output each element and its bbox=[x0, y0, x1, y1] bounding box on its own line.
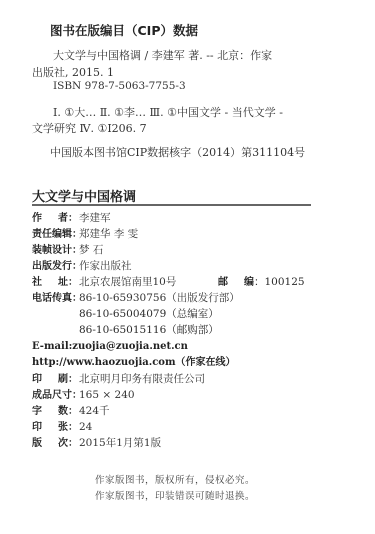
printer-row: 印刷：北京明月印务有限责任公司 bbox=[32, 371, 205, 387]
postcode-row: 邮编：100125 bbox=[218, 274, 305, 291]
book-title: 大文学与中国格调 bbox=[32, 186, 136, 205]
notice-replacement: 作家版图书，印装错误可随时退换。 bbox=[95, 488, 255, 502]
notice-copyright: 作家版图书，版权所有，侵权必究。 bbox=[95, 472, 255, 486]
editor-value: 郑建华 李 雯 bbox=[79, 228, 138, 240]
cip-description-line2: 出版社, 2015. 1 bbox=[32, 64, 114, 80]
email-row: E-mail:zuojia@zuojia.net.cn bbox=[32, 339, 188, 355]
size-row: 成品尺寸：165 × 240 bbox=[32, 387, 135, 403]
designer-row: 装帧设计：梦 石 bbox=[32, 242, 103, 258]
address-row: 社址：北京农展馆南里10号 bbox=[32, 274, 176, 290]
cip-classification-line2: 文学研究 Ⅳ. ①I206. 7 bbox=[32, 120, 147, 136]
size-value: 165 × 240 bbox=[79, 389, 135, 401]
edition-value: 2015年1月第1版 bbox=[79, 437, 161, 449]
designer-value: 梦 石 bbox=[79, 244, 103, 256]
cip-isbn: ISBN 978-7-5063-7755-3 bbox=[53, 80, 186, 92]
publisher-row: 出版发行：作家出版社 bbox=[32, 258, 132, 274]
phone-line-3: 86-10-65015116（邮购部） bbox=[79, 322, 219, 338]
author-value: 李建军 bbox=[79, 212, 111, 224]
printer-value: 北京明月印务有限责任公司 bbox=[79, 373, 205, 385]
phone-line-2: 86-10-65004079（总编室） bbox=[79, 306, 219, 322]
words-value: 424千 bbox=[79, 405, 110, 417]
postcode-value: 100125 bbox=[265, 276, 305, 288]
cip-heading: 图书在版编目（CIP）数据 bbox=[50, 21, 198, 39]
cip-approval-number: 中国版本图书馆CIP数据核字（2014）第311104号 bbox=[50, 144, 305, 160]
sheets-row: 印张：24 bbox=[32, 419, 92, 435]
edition-row-shown: 版次：2015年1月第1版 bbox=[32, 435, 161, 451]
editor-row: 责任编辑：郑建华 李 雯 bbox=[32, 226, 138, 242]
website-row: http://www.haozuojia.com（作家在线） bbox=[32, 355, 236, 371]
publisher-value: 作家出版社 bbox=[79, 260, 132, 272]
cip-description-line1: 大文学与中国格调 / 李建军 著. -- 北京：作家 bbox=[53, 47, 272, 63]
top-divider bbox=[32, 204, 311, 206]
words-row: 字数：424千 bbox=[32, 403, 110, 419]
phone-row: 电话传真：86-10-65930756（出版发行部） bbox=[32, 290, 240, 306]
cip-classification-line1: Ⅰ. ①大… Ⅱ. ①李… Ⅲ. ①中国文学 - 当代文学 - bbox=[53, 104, 283, 120]
sheets-value: 24 bbox=[79, 421, 92, 433]
author-row: 作者：李建军 bbox=[32, 210, 111, 226]
address-value: 北京农展馆南里10号 bbox=[79, 276, 176, 288]
phone-line-1: 86-10-65930756（出版发行部） bbox=[79, 292, 240, 304]
